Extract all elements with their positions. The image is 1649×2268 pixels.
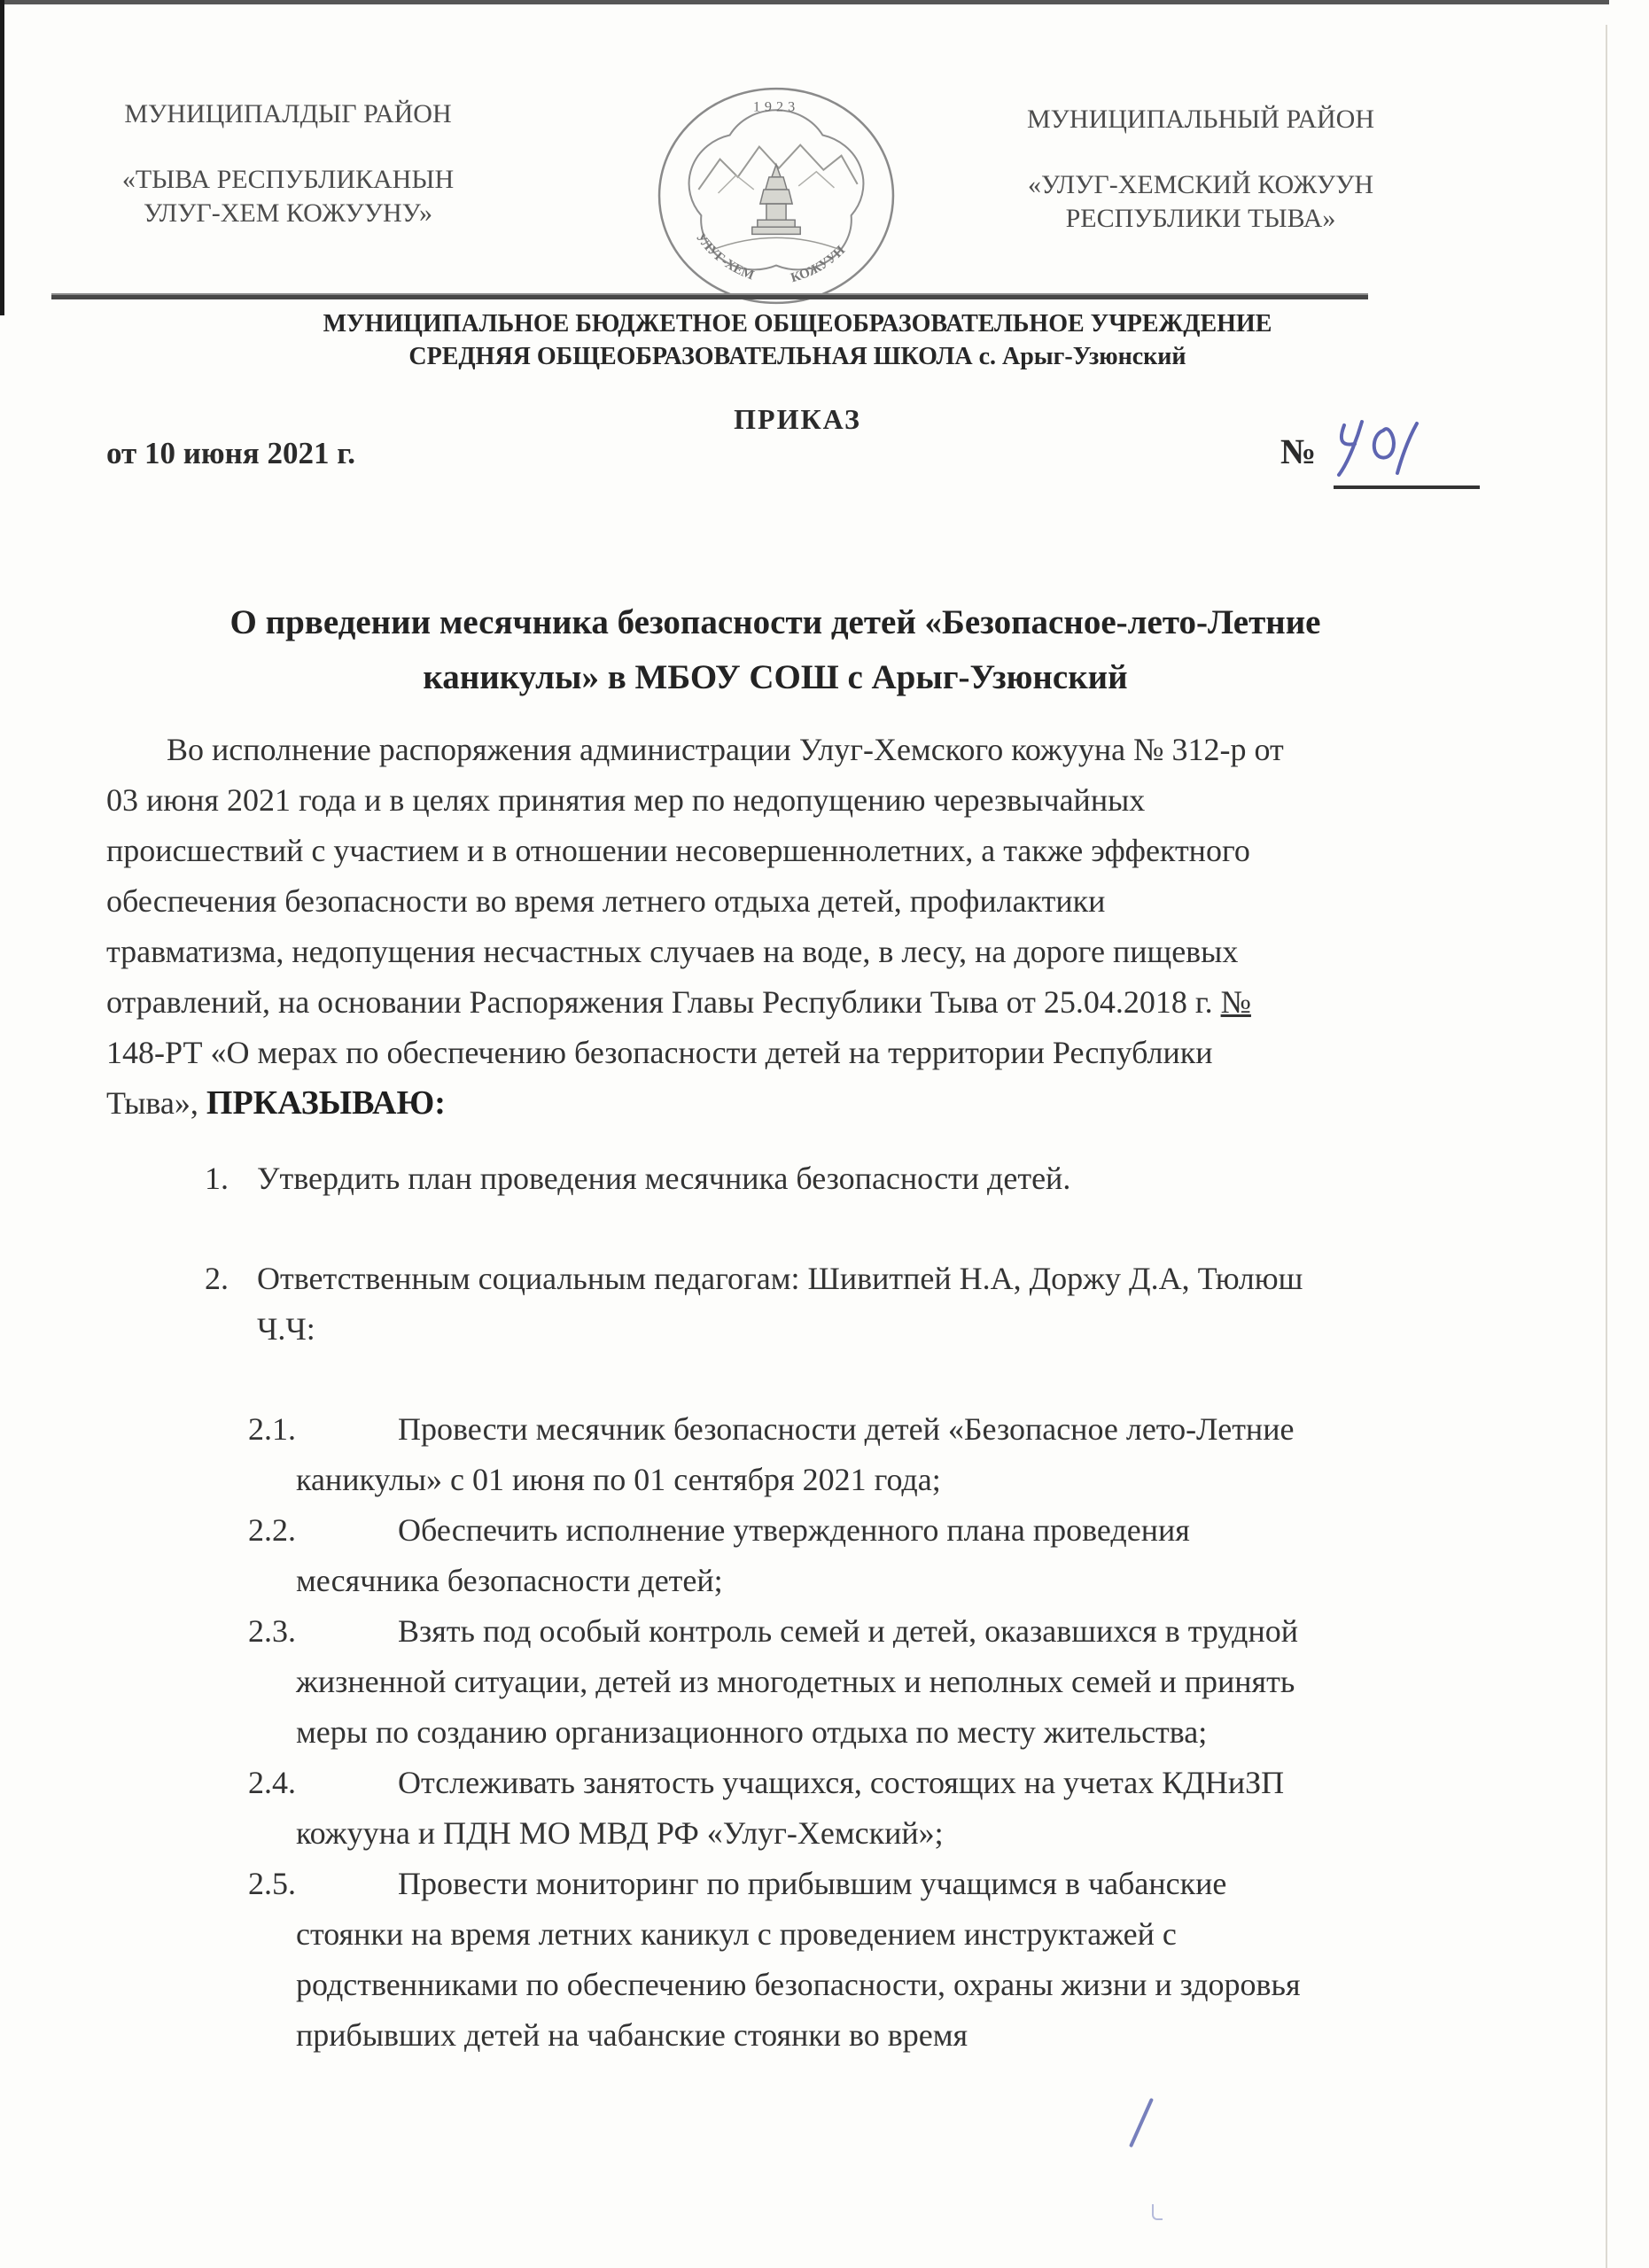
- scanned-order-page: МУНИЦИПАЛДЫГ РАЙОН «ТЫВА РЕСПУБЛИКАНЫН У…: [0, 0, 1649, 2268]
- header-right-block: МУНИЦИПАЛЬНЫЙ РАЙОН «УЛУГ-ХЕМСКИЙ КОЖУУН…: [992, 103, 1409, 236]
- list-item-1-number: 1.: [205, 1153, 229, 1204]
- order-number-handwritten: [1332, 418, 1456, 485]
- list-item-2-text: Ответственным социальным педагогам: Шиви…: [257, 1254, 1506, 1355]
- order-title: О прведении месячника безопасности детей…: [106, 595, 1444, 705]
- number-underline: [1334, 485, 1480, 489]
- header-divider: [51, 295, 1368, 299]
- seal-ribbon-left-text: УЛУГ-ХЕМ: [693, 230, 756, 283]
- preamble-text-part1: Во исполнение распоряжения администрации…: [106, 732, 1284, 1020]
- school-org-type: МУНИЦИПАЛЬНОЕ БЮДЖЕТНОЕ ОБЩЕОБРАЗОВАТЕЛЬ…: [106, 307, 1489, 340]
- sublist-item-2-4: 2.4. Отслеживать занятость учащихся, сос…: [296, 1758, 1506, 1859]
- scan-edge-top: [0, 0, 1609, 4]
- district-emblem-seal: 1923 УЛУГ-ХЕМ КОЖУУН: [656, 84, 897, 307]
- order-body: О прведении месячника безопасности детей…: [106, 595, 1506, 2061]
- sublist-item-2-1-text: Провести месячник безопасности детей «Бе…: [296, 1404, 1506, 1505]
- header-left-block: МУНИЦИПАЛДЫГ РАЙОН «ТЫВА РЕСПУБЛИКАНЫН У…: [89, 97, 487, 230]
- seal-stupa: [752, 165, 800, 235]
- order-date: от 10 июня 2021 г.: [106, 436, 355, 471]
- seal-year: 1923: [753, 99, 799, 114]
- sublist-item-2-2-text: Обеспечить исполнение утвержденного план…: [296, 1505, 1506, 1606]
- scan-edge-right: [1606, 25, 1607, 2268]
- sublist-item-2-2-number: 2.2.: [248, 1505, 296, 1556]
- stray-ink-slash: [1129, 2098, 1154, 2148]
- list-item-2-number: 2.: [205, 1254, 229, 1304]
- seal-ground: [711, 237, 841, 250]
- number-sign: №: [1280, 431, 1316, 471]
- order-number-block: №: [1280, 431, 1316, 472]
- list-item-2: 2. Ответственным социальным педагогам: Ш…: [257, 1254, 1506, 1355]
- sublist-item-2-1: 2.1. Провести месячник безопасности дете…: [296, 1404, 1506, 1505]
- sublist-item-2-3: 2.3. Взять под особый контроль семей и д…: [296, 1606, 1506, 1758]
- handwritten-401-icon: [1332, 418, 1456, 480]
- emblem-graphic: 1923 УЛУГ-ХЕМ КОЖУУН: [656, 84, 897, 307]
- seal-ribbon-right-text: КОЖУУН: [789, 244, 849, 286]
- list-item-1-text: Утвердить план проведения месячника безо…: [257, 1153, 1506, 1204]
- order-preamble: Во исполнение распоряжения администрации…: [106, 725, 1506, 1129]
- sublist-item-2-5-text: Провести мониторинг по прибывшим учащимс…: [296, 1859, 1506, 2061]
- scan-edge-left: [0, 0, 4, 315]
- sublist-item-2-2: 2.2. Обеспечить исполнение утвержденного…: [296, 1505, 1506, 1606]
- school-name-block: МУНИЦИПАЛЬНОЕ БЮДЖЕТНОЕ ОБЩЕОБРАЗОВАТЕЛЬ…: [106, 307, 1489, 373]
- header-left-name: «ТЫВА РЕСПУБЛИКАНЫН УЛУГ-ХЕМ КОЖУУНУ»: [89, 163, 487, 230]
- sublist-item-2-5-number: 2.5.: [248, 1859, 296, 1909]
- sublist-item-2-3-number: 2.3.: [248, 1606, 296, 1657]
- header-right-name: «УЛУГ-ХЕМСКИЙ КОЖУУН РЕСПУБЛИКИ ТЫВА»: [992, 168, 1409, 236]
- school-org-name: СРЕДНЯЯ ОБЩЕОБРАЗОВАТЕЛЬНАЯ ШКОЛА с. Ары…: [106, 340, 1489, 373]
- header-right-district: МУНИЦИПАЛЬНЫЙ РАЙОН: [992, 103, 1409, 136]
- list-item-1: 1. Утвердить план проведения месячника б…: [257, 1153, 1506, 1204]
- stray-ink-mark: [1152, 2204, 1163, 2220]
- header-left-district: МУНИЦИПАЛДЫГ РАЙОН: [89, 97, 487, 131]
- order-word: ПРКАЗЫВАЮ:: [206, 1084, 446, 1122]
- sublist-item-2-4-number: 2.4.: [248, 1758, 296, 1808]
- sublist-item-2-3-text: Взять под особый контроль семей и детей,…: [296, 1606, 1506, 1758]
- numero-sign-underlined: №: [1221, 984, 1251, 1020]
- sublist-item-2-5: 2.5. Провести мониторинг по прибывшим уч…: [296, 1859, 1506, 2061]
- sublist-item-2-1-number: 2.1.: [248, 1404, 296, 1455]
- sublist-item-2-4-text: Отслеживать занятость учащихся, состоящи…: [296, 1758, 1506, 1859]
